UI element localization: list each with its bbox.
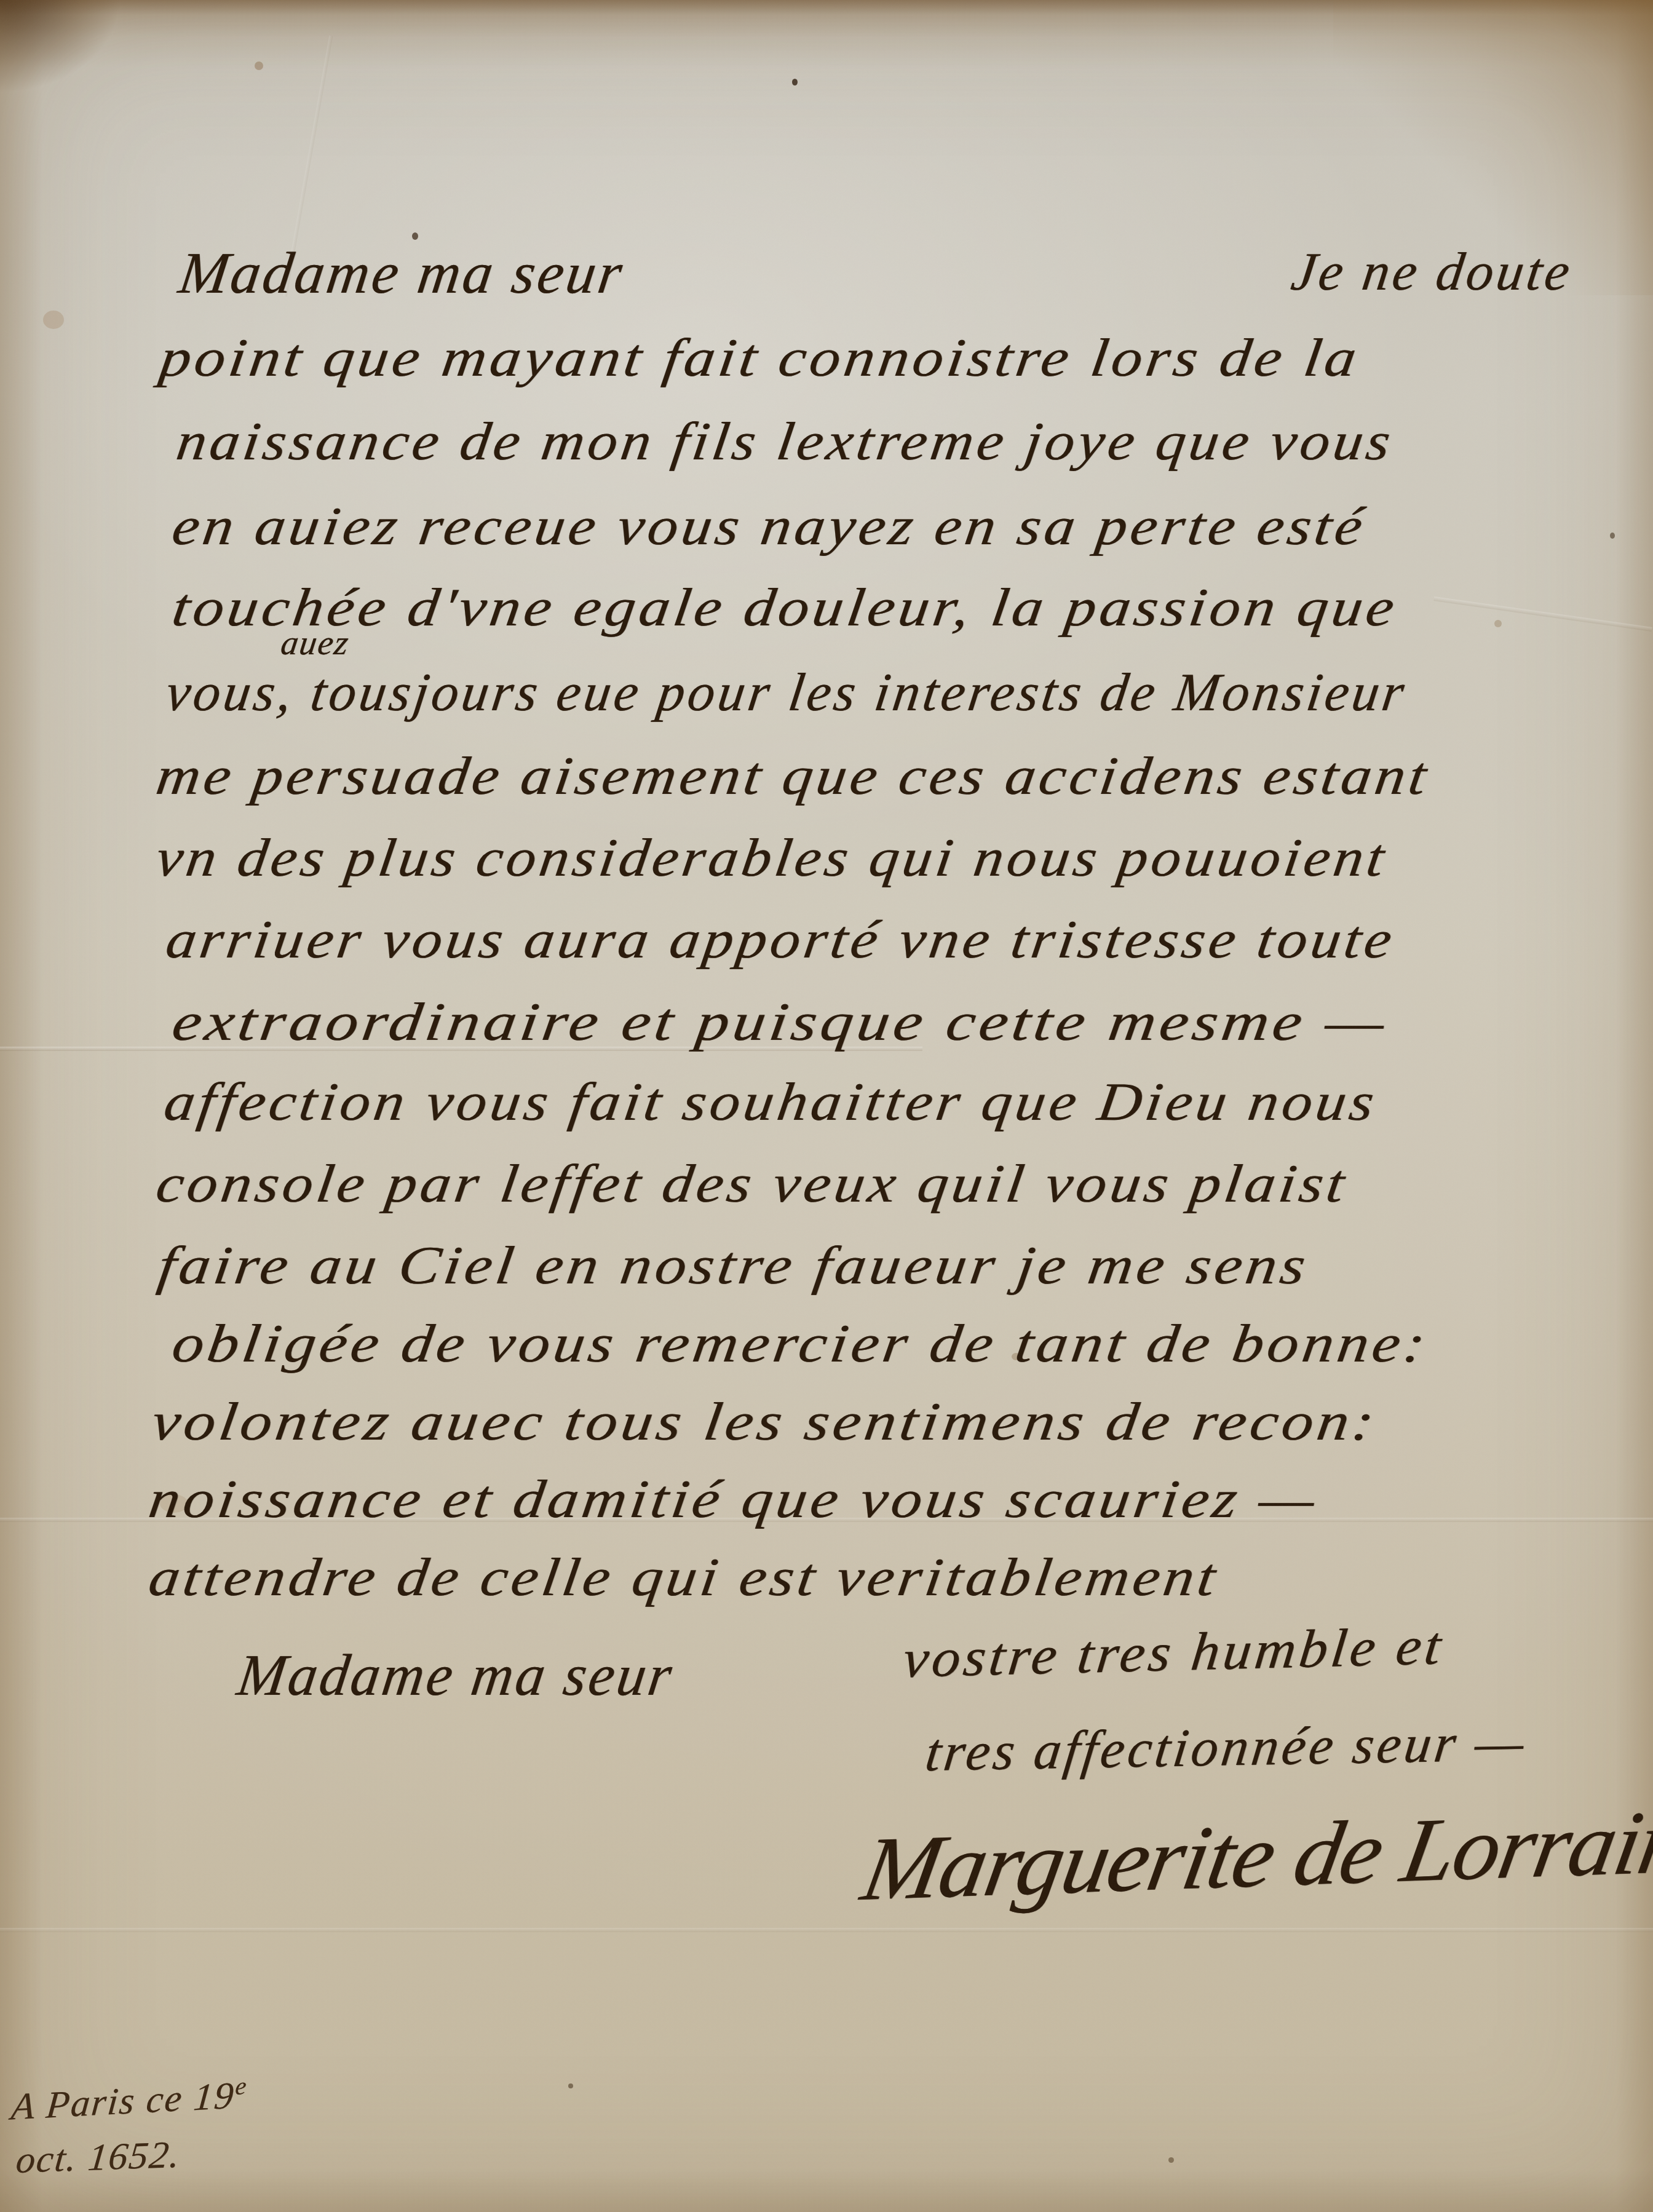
dateline-place-text: A Paris ce 19 (10, 2075, 237, 2128)
body-line: noissance et damitié que vous scauriez — (145, 1469, 1322, 1531)
signature: Marguerite de Lorraine (855, 1788, 1653, 1922)
body-line: naissance de mon fils lextreme joye que … (173, 411, 1398, 473)
closing-salutation: Madame ma seur (233, 1641, 678, 1709)
body-line: me persuade aisement que ces accidens es… (153, 745, 1433, 807)
body-line-with-insertion: vous, tousjours eue pour les interests d… (162, 662, 1411, 724)
closing-formula-line2: tres affectionnée seur — (922, 1711, 1531, 1784)
interline-insertion: auez (279, 624, 352, 663)
salutation: Madame ma seur (175, 239, 628, 307)
body-line: volontez auec tous les sentimens de reco… (148, 1391, 1382, 1453)
body-line: arriuer vous aura apporté vne tristesse … (162, 909, 1399, 971)
dateline-day-suffix: e (234, 2072, 249, 2100)
body-line: faire au Ciel en nostre faueur je me sen… (154, 1235, 1313, 1297)
body-line: obligée de vous remercier de tant de bon… (168, 1313, 1433, 1375)
body-line: vn des plus considerables qui nous pouuo… (153, 827, 1392, 889)
fox-stain (43, 311, 64, 329)
letter-page: Madame ma seur Je ne doute point que may… (0, 0, 1653, 2212)
fox-stain (1610, 533, 1615, 539)
body-line: extraordinaire et puisque cette mesme — (168, 991, 1392, 1053)
body-line: touchée d'vne egale douleur, la passion … (168, 577, 1401, 639)
paper-edge-shadow (0, 2169, 1653, 2212)
fox-stain (568, 2083, 573, 2088)
opening-phrase: Je ne doute (1288, 241, 1577, 303)
body-line-text: tousjours eue pour les interests de Mons… (307, 663, 1411, 723)
body-line: point que mayant fait connoistre lors de… (156, 327, 1364, 389)
body-line-text: vous, (162, 663, 299, 723)
fox-stain (1494, 620, 1502, 627)
body-line: attendre de celle qui est veritablement (145, 1547, 1223, 1609)
dateline-place: A Paris ce 19e (9, 2071, 248, 2129)
fold-crease (0, 1928, 1653, 1932)
body-line: affection vous fait souhaitter que Dieu … (161, 1071, 1381, 1133)
closing-formula-line1: vostre tres humble et (900, 1615, 1448, 1691)
paper-edge-shadow (0, 0, 43, 2212)
body-line: en auiez receue vous nayez en sa perte e… (168, 496, 1370, 558)
fox-stain (792, 79, 798, 85)
dateline-date: oct. 1652. (14, 2133, 183, 2182)
fox-stain (1168, 2157, 1174, 2163)
body-line: console par leffet des veux quil vous pl… (153, 1153, 1352, 1215)
